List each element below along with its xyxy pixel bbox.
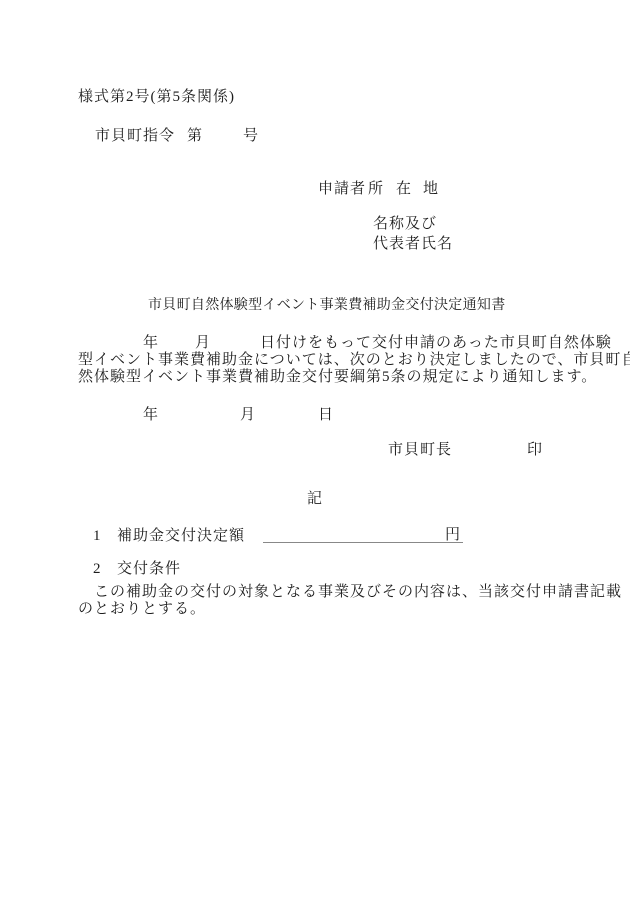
mayor-title: 市貝町長 <box>388 443 452 458</box>
item1-label: 補助金交付決定額 <box>117 529 245 544</box>
applicant-name-line-2: 代表者氏名 <box>373 237 453 252</box>
note-heading: 記 <box>307 492 323 507</box>
item2-label: 交付条件 <box>117 562 181 577</box>
item1-number: 1 <box>93 529 102 544</box>
form-number: 様式第2号(第5条関係) <box>78 90 235 105</box>
item2-number: 2 <box>93 562 102 577</box>
document-page: 様式第2号(第5条関係) 市貝町指令 第 号 申請者 所 在 地 名称及び 代表… <box>0 0 630 903</box>
item2-text-line-2: のとおりとする。 <box>78 602 206 617</box>
directive-go: 号 <box>243 129 259 144</box>
directive-dai: 第 <box>187 129 203 144</box>
date-month: 月 <box>240 408 256 423</box>
body-line-3: 然体験型イベント事業費補助金交付要綱第5条の規定により通知します。 <box>78 370 597 385</box>
seal-mark: 印 <box>527 443 543 458</box>
item2-text-line-1: この補助金の交付の対象となる事業及びその内容は、当該交付申請書記載 <box>78 585 622 600</box>
body-month-blank: 月 <box>195 336 211 351</box>
applicant-label: 申請者 <box>318 182 366 197</box>
body-line-1: 日付けをもって交付申請のあった市貝町自然体験 <box>260 336 612 351</box>
applicant-address-char-2: 在 <box>396 182 412 197</box>
body-year-blank: 年 <box>143 336 159 351</box>
body-line-2: 型イベント事業費補助金については、次のとおり決定しましたので、市貝町自 <box>78 353 630 368</box>
applicant-name-line-1: 名称及び <box>373 217 437 232</box>
applicant-address-char-1: 所 <box>368 182 384 197</box>
directive-prefix: 市貝町指令 <box>95 129 175 144</box>
date-year: 年 <box>143 408 159 423</box>
document-title: 市貝町自然体験型イベント事業費補助金交付決定通知書 <box>148 299 506 313</box>
amount-blank-field: 円 <box>263 528 463 543</box>
date-day: 日 <box>318 408 334 423</box>
applicant-address-char-3: 地 <box>423 182 439 197</box>
